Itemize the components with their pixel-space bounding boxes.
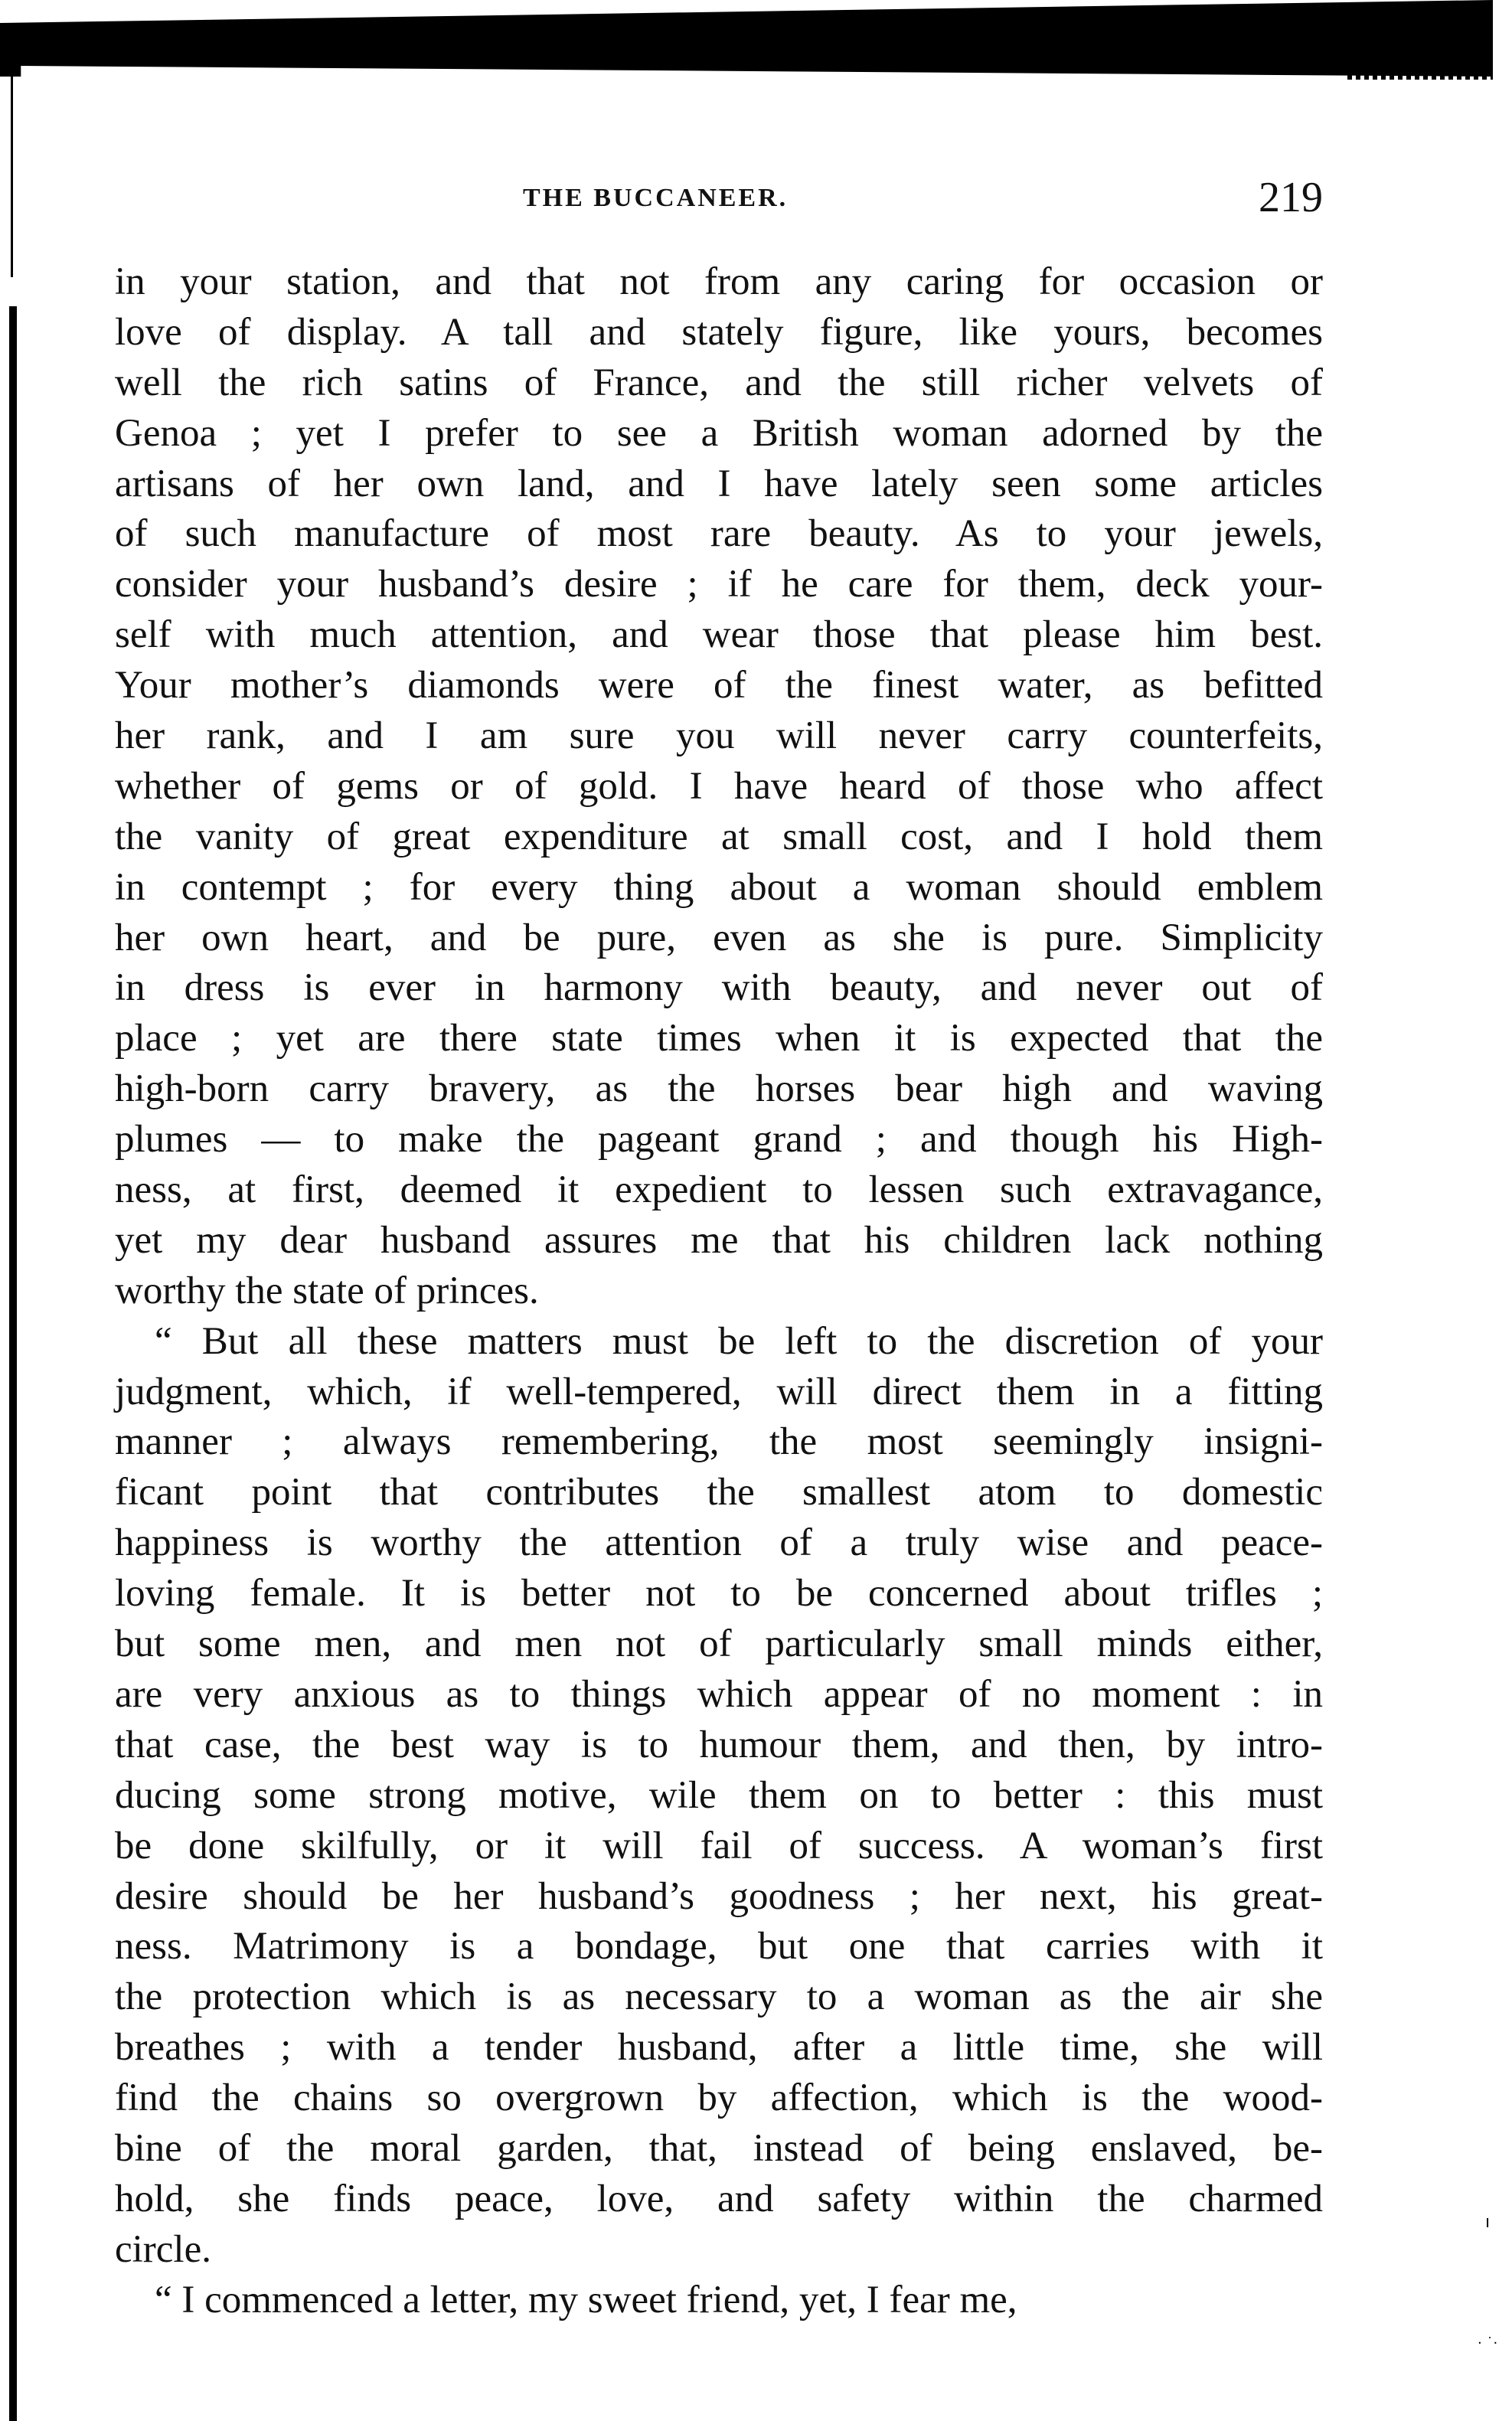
text-line: manner ; always remembering, the most se… bbox=[115, 1417, 1323, 1468]
text-line: be done skilfully, or it will fail of su… bbox=[115, 1821, 1323, 1872]
page-number: 219 bbox=[1259, 173, 1323, 222]
text-line: place ; yet are there state times when i… bbox=[115, 1014, 1323, 1064]
text-line: that case, the best way is to humour the… bbox=[115, 1720, 1323, 1771]
text-line: loving female. It is better not to be co… bbox=[115, 1569, 1323, 1619]
paragraph: in your station, and that not from any c… bbox=[115, 257, 1323, 1317]
text-line: judgment, which, if well-tempered, will … bbox=[115, 1367, 1323, 1418]
text-line: self with much attention, and wear those… bbox=[115, 610, 1323, 661]
text-line: are very anxious as to things which appe… bbox=[115, 1670, 1323, 1720]
scan-speck: ı bbox=[1485, 2213, 1490, 2232]
text-line: in your station, and that not from any c… bbox=[115, 257, 1323, 308]
scan-top-fray bbox=[1347, 75, 1493, 80]
scan-left-edge-thin bbox=[11, 63, 13, 277]
text-line: high-born carry bravery, as the horses b… bbox=[115, 1064, 1323, 1115]
text-line: Genoa ; yet I prefer to see a British wo… bbox=[115, 409, 1323, 459]
text-line: consider your husband’s desire ; if he c… bbox=[115, 560, 1323, 610]
text-line: in dress is ever in harmony with beauty,… bbox=[115, 963, 1323, 1014]
text-line: find the chains so overgrown by affectio… bbox=[115, 2073, 1323, 2124]
text-line: happiness is worthy the attention of a t… bbox=[115, 1518, 1323, 1569]
text-line: love of display. A tall and stately figu… bbox=[115, 308, 1323, 358]
text-line: desire should be her husband’s goodness … bbox=[115, 1872, 1323, 1923]
scan-top-shadow bbox=[0, 0, 1493, 77]
paragraph: “ I commenced a letter, my sweet friend,… bbox=[115, 2276, 1323, 2326]
text-line: breathes ; with a tender husband, after … bbox=[115, 2023, 1323, 2073]
text-line: ness, at first, deemed it expedient to l… bbox=[115, 1165, 1323, 1216]
text-line: Your mother’s diamonds were of the fines… bbox=[115, 661, 1323, 711]
text-line: but some men, and men not of particularl… bbox=[115, 1619, 1323, 1670]
scan-left-edge bbox=[9, 306, 17, 2421]
running-title: THE BUCCANEER. bbox=[523, 184, 788, 213]
paragraph: “ But all these matters must be left to … bbox=[115, 1317, 1323, 2276]
text-line: her own heart, and be pure, even as she … bbox=[115, 913, 1323, 964]
text-line: plumes — to make the pageant grand ; and… bbox=[115, 1115, 1323, 1165]
text-line: ficant point that contributes the smalle… bbox=[115, 1468, 1323, 1518]
text-line: “ But all these matters must be left to … bbox=[115, 1317, 1323, 1367]
text-line: her rank, and I am sure you will never c… bbox=[115, 711, 1323, 762]
text-line: yet my dear husband assures me that his … bbox=[115, 1216, 1323, 1266]
text-line: “ I commenced a letter, my sweet friend,… bbox=[115, 2276, 1323, 2326]
text-line: worthy the state of princes. bbox=[115, 1266, 1323, 1317]
text-line: in contempt ; for every thing about a wo… bbox=[115, 863, 1323, 913]
text-line: whether of gems or of gold. I have heard… bbox=[115, 762, 1323, 812]
text-line: circle. bbox=[115, 2225, 1323, 2276]
text-line: ness. Matrimony is a bondage, but one th… bbox=[115, 1922, 1323, 1972]
text-line: well the rich satins of France, and the … bbox=[115, 358, 1323, 409]
text-line: hold, she finds peace, love, and safety … bbox=[115, 2174, 1323, 2225]
running-head: THE BUCCANEER. 219 bbox=[115, 178, 1323, 224]
text-line: of such manufacture of most rare beauty.… bbox=[115, 509, 1323, 560]
text-line: artisans of her own land, and I have lat… bbox=[115, 459, 1323, 510]
scan-speck: · ˙· bbox=[1478, 2335, 1497, 2351]
text-line: ducing some strong motive, wile them on … bbox=[115, 1771, 1323, 1821]
body-text: in your station, and that not from any c… bbox=[115, 257, 1323, 2326]
text-line: bine of the moral garden, that, instead … bbox=[115, 2124, 1323, 2174]
text-line: the vanity of great expenditure at small… bbox=[115, 812, 1323, 863]
text-line: the protection which is as necessary to … bbox=[115, 1972, 1323, 2023]
